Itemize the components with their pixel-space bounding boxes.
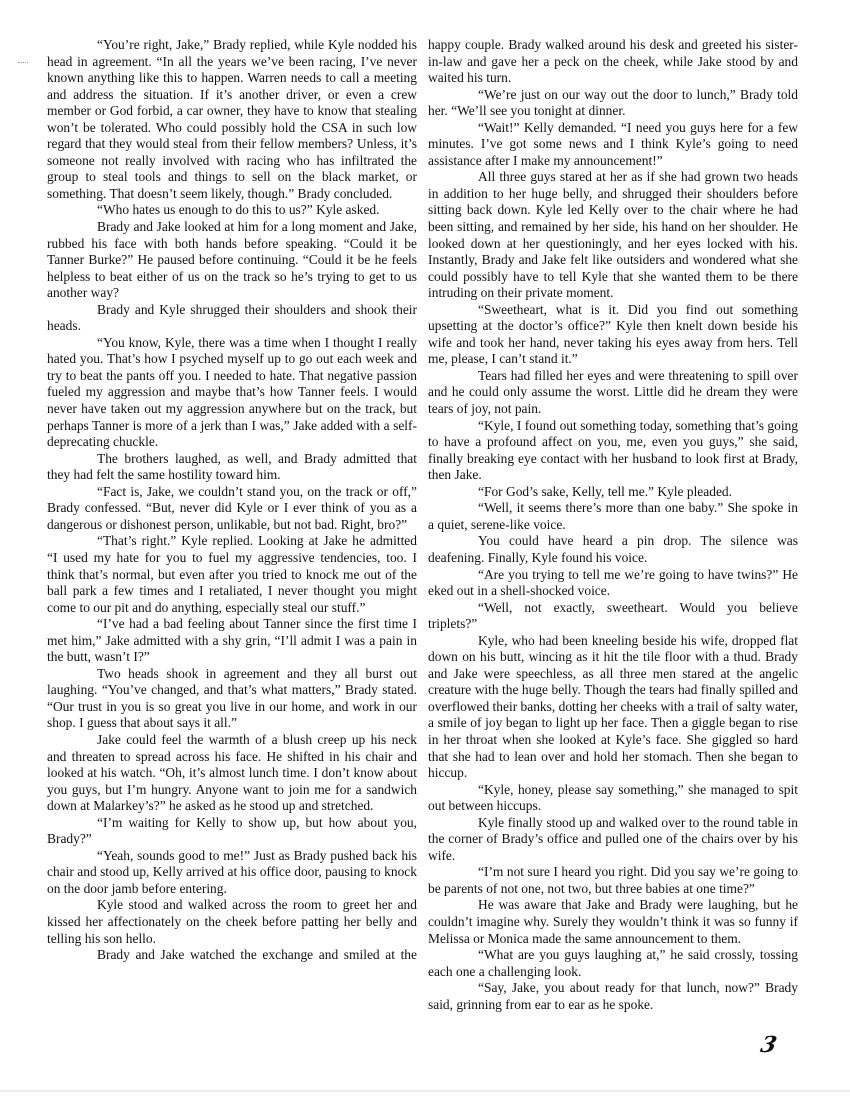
paragraph: Tears had filled her eyes and were threa…	[428, 368, 798, 418]
left-column: “You’re right, Jake,” Brady replied, whi…	[47, 37, 417, 964]
paragraph: “For God’s sake, Kelly, tell me.” Kyle p…	[428, 484, 798, 501]
paragraph: “I’m not sure I heard you right. Did you…	[428, 864, 798, 897]
paragraph: “I’m waiting for Kelly to show up, but h…	[47, 815, 417, 848]
paragraph: “Wait!” Kelly demanded. “I need you guys…	[428, 120, 798, 170]
paragraph-continued: happy couple. Brady walked around his de…	[428, 37, 798, 87]
scan-bottom-edge	[0, 1090, 850, 1092]
paragraph: “Sweetheart, what is it. Did you find ou…	[428, 302, 798, 368]
paragraph: “Kyle, honey, please say something,” she…	[428, 782, 798, 815]
paragraph: Kyle stood and walked across the room to…	[47, 897, 417, 947]
paragraph: “Say, Jake, you about ready for that lun…	[428, 980, 798, 1013]
paragraph: “Yeah, sounds good to me!” Just as Brady…	[47, 848, 417, 898]
paragraph: Brady and Jake watched the exchange and …	[47, 947, 417, 964]
right-column: happy couple. Brady walked around his de…	[428, 37, 798, 1013]
paragraph: Jake could feel the warmth of a blush cr…	[47, 732, 417, 815]
paragraph: Two heads shook in agreement and they al…	[47, 666, 417, 732]
paragraph: All three guys stared at her as if she h…	[428, 169, 798, 301]
paragraph: “What are you guys laughing at,” he said…	[428, 947, 798, 980]
paragraph: “I’ve had a bad feeling about Tanner sin…	[47, 616, 417, 666]
paragraph: “Who hates us enough to do this to us?” …	[47, 202, 417, 219]
paragraph: Brady and Jake looked at him for a long …	[47, 219, 417, 302]
paragraph: “Well, not exactly, sweetheart. Would yo…	[428, 600, 798, 633]
paragraph: The brothers laughed, as well, and Brady…	[47, 451, 417, 484]
paragraph: “That’s right.” Kyle replied. Looking at…	[47, 533, 417, 616]
paragraph: You could have heard a pin drop. The sil…	[428, 533, 798, 566]
paragraph: “We’re just on our way out the door to l…	[428, 87, 798, 120]
page-number: 3	[758, 1032, 779, 1058]
paragraph: He was aware that Jake and Brady were la…	[428, 897, 798, 947]
paragraph: “You know, Kyle, there was a time when I…	[47, 335, 417, 451]
paragraph: “Are you trying to tell me we’re going t…	[428, 567, 798, 600]
document-page: “You’re right, Jake,” Brady replied, whi…	[0, 0, 850, 1100]
paragraph: “Kyle, I found out something today, some…	[428, 418, 798, 484]
margin-scan-mark	[18, 62, 28, 65]
paragraph: Brady and Kyle shrugged their shoulders …	[47, 302, 417, 335]
paragraph: “You’re right, Jake,” Brady replied, whi…	[47, 37, 417, 202]
paragraph: Kyle, who had been kneeling beside his w…	[428, 633, 798, 782]
paragraph: “Fact is, Jake, we couldn’t stand you, o…	[47, 484, 417, 534]
paragraph: “Well, it seems there’s more than one ba…	[428, 500, 798, 533]
paragraph: Kyle finally stood up and walked over to…	[428, 815, 798, 865]
